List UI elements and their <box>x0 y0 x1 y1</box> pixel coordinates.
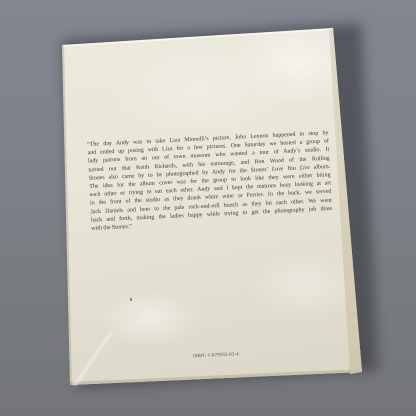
blurb-text: “The day Andy was to take Liza Minnelli’… <box>87 128 333 232</box>
cover-fleck <box>130 298 132 301</box>
photo-of-book-back: “The day Andy was to take Liza Minnelli’… <box>0 0 416 416</box>
